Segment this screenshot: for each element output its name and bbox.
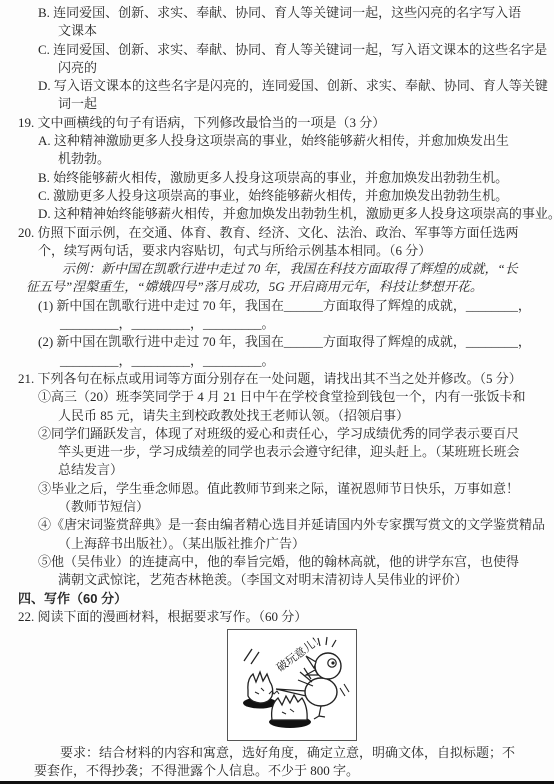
- q21-item-5-wrap: 满朝文武惊诧，艺苑杏林艳羡。（李国文对明末清初诗人吴伟业的评价）: [58, 571, 554, 589]
- chick-head: [315, 653, 341, 679]
- option-b-line: B. 连同爱国、创新、求实、奉献、协同、育人等关键词一起，这些闪亮的名字写入语: [38, 4, 554, 22]
- option-c-wrap: 闪亮的: [58, 59, 554, 77]
- q21-item-4-line: ④《唐宋词鉴赏辞典》是一套由编者精心选目并延请国内外专家撰写赏文的文学鉴赏精品: [38, 516, 554, 534]
- q21-item-1-wrap: 人民币 85 元，请失主到校政教处找王老师认领。（招领启事）: [58, 407, 554, 425]
- q21-item-5-line: ⑤他（吴伟业）的连捷高中，他的奉旨完婚，他的翰林高就，他的讲学东宫，也使得: [38, 553, 554, 571]
- chick-body: [305, 678, 337, 706]
- q21-item-1-line: ①高三（20）班李笑同学于 4 月 21 日中午在学校食堂捡到钱包一个，内有一张…: [38, 388, 554, 406]
- section-4-heading: 四、写作（60 分）: [18, 590, 554, 608]
- q20-item-1-line: (1) 新中国在凯歌行进中走过 70 年，我国在______方面取得了辉煌的成就…: [38, 297, 554, 315]
- q21-item-3-wrap: （教师节短信）: [58, 498, 554, 516]
- q20-example-line-2: 征五号”涅槃重生，“嫦娥四号”落月成功，5G 开启商用元年，科技让梦想开花。: [26, 278, 554, 296]
- q20-item-2-blanks: _________，_________，_________。: [60, 352, 554, 370]
- question-22-stem: 22. 阅读下面的漫画材料，根据要求写作。（60 分）: [18, 608, 554, 626]
- q19-option-a-line: A. 这种精神激励更多人投身这项崇高的事业，始终能够薪火相传，并愈加焕发出生: [38, 132, 554, 150]
- question-19-stem: 19. 文中画横线的句子有语病，下列修改最恰当的一项是（3 分）: [18, 114, 554, 132]
- chick-eggshell-drawing: 破玩意儿！: [228, 630, 356, 740]
- question-21-stem: 21. 下列各句在标点或用词等方面分别存在一处问题，请找出其不当之处并修改。（5…: [18, 370, 554, 388]
- q20-item-1-blanks: _________，_________，_________。: [60, 315, 554, 333]
- q21-item-2-wrap-2: 总结发言）: [58, 461, 554, 479]
- q21-item-4-wrap: （上海辞书出版社）。（某出版社推介广告）: [58, 535, 554, 553]
- chick-pupil: [331, 661, 334, 664]
- question-20-stem: 20. 仿照下面示例，在交通、体育、教育、经济、文化、法治、政治、军事等方面任选…: [18, 224, 554, 242]
- chick-motion-marks: [340, 684, 349, 696]
- q21-item-3-line: ③毕业之后，学生垂念师恩。值此教师节到来之际，谨祝恩师节日快乐，万事如意！: [38, 480, 554, 498]
- q19-option-b-line: B. 始终能够薪火相传，激励更多人投身这项崇高的事业，并愈加焕发出勃勃生机。: [38, 169, 554, 187]
- motion-lines-icon: [244, 649, 259, 664]
- option-d-wrap: 词一起: [58, 95, 554, 113]
- q22-requirements-line-2: 要套作，不得抄袭；不得泄露个人信息。不少于 800 字。: [34, 762, 554, 780]
- exam-cartoon: 破玩意儿！: [227, 629, 357, 741]
- option-d-line: D. 写入语文课本的这些名字是闪亮的，连同爱国、创新、求实、奉献、协同、育人等关…: [38, 77, 554, 95]
- q21-item-2-line: ②同学们踊跃发言，体现了对班级的爱心和责任心，学习成绩优秀的同学表示要百尺: [38, 425, 554, 443]
- q19-option-d-line: D. 这种精神始终能够薪火相传，并愈加焕发出勃勃生机，激励更多人投身这项崇高的事…: [38, 205, 554, 223]
- q20-item-2-line: (2) 新中国在凯歌行进中走过 70 年，我国在______方面取得了辉煌的成就…: [38, 333, 554, 351]
- eggshell-left: [248, 672, 273, 703]
- chick-beak-upper: [306, 656, 316, 668]
- question-20-wrap: 个，续写两句话，要求内容贴切，句式与所给示例基本相同。（6 分）: [38, 242, 554, 260]
- chick-leg: [314, 706, 325, 719]
- eggshell-bottom: [272, 695, 308, 720]
- option-b-wrap: 文课本: [58, 22, 554, 40]
- q19-option-c-line: C. 激励更多人投身这项崇高的事业，始终能够薪火相传，并愈加焕发出勃勃生机。: [38, 187, 554, 205]
- exam-paper-page: B. 连同爱国、创新、求实、奉献、协同、育人等关键词一起，这些闪亮的名字写入语 …: [0, 0, 554, 784]
- chick-kick-leg: [276, 689, 306, 696]
- option-c-line: C. 连同爱国、创新、求实、奉献、协同、育人等关键词一起，写入语文课本的这些名字…: [38, 41, 554, 59]
- q22-requirements-line-1: 要求：结合材料的内容和寓意，选好角度，确定立意，明确文体，自拟标题；不: [60, 744, 554, 762]
- q20-example-line-1: 示例：新中国在凯歌行进中走过 70 年，我国在科技方面取得了辉煌的成就，“长: [62, 260, 554, 278]
- q19-option-a-wrap: 机勃勃。: [58, 150, 554, 168]
- q21-item-2-wrap-1: 竿头更进一步，学习成绩差的同学也表示会遵守纪律，迎头赶上。（某班班长班会: [58, 443, 554, 461]
